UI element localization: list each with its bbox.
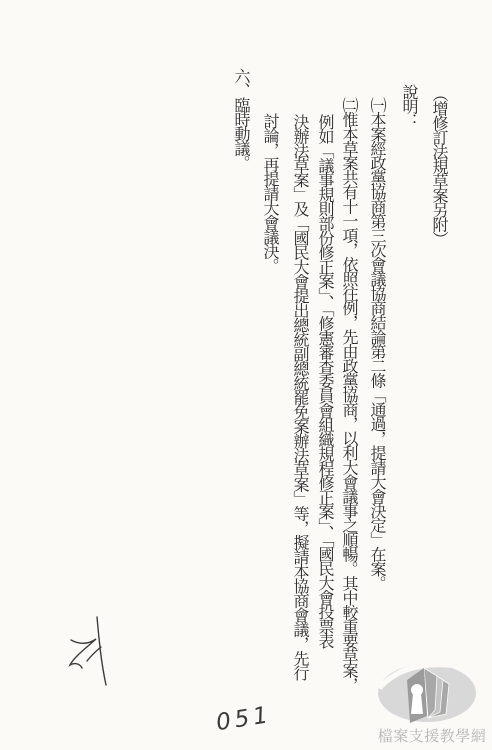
agenda-item-6-column: 六、臨時動議。 <box>233 68 249 170</box>
item-2-column-4: 討論，再提請大會議決。 <box>262 113 278 273</box>
scanned-document-page: （增修訂法規草案另附） 說明： ㈠本案經政黨協商第三次會議協商結論第二條「通過，… <box>0 0 492 750</box>
handwritten-mark <box>58 610 118 694</box>
page-number: 051 <box>214 702 273 736</box>
book-with-keyhole-icon <box>372 660 492 724</box>
handwritten-54-icon <box>58 610 118 690</box>
section-heading-column: 說明： <box>401 84 417 128</box>
item-2-column-3: 決辦法草案」及「國民大會提出總統副總統罷免案辦法草案」等，擬請本協商會議，先行 <box>292 114 308 680</box>
watermark-label: 檔案支援教學網 <box>372 728 492 744</box>
item-1-column: ㈠本案經政黨協商第三次會議協商結論第二條「通過，提請大會決定」在案。 <box>369 97 385 590</box>
item-2-column-1: ㈡惟本草案共有十一項，依照往例，先由政黨協商，以利大會議事之順暢。其中較重要草案… <box>341 97 357 692</box>
item-2-column-2: 例如「議事規則部份修正案」、「修憲審查委員會組織規程修正案」、「國民大會投票表 <box>317 114 333 648</box>
watermark: 檔案支援教學網 <box>372 660 492 744</box>
attachment-note-column: （增修訂法規草案另附） <box>431 86 447 246</box>
